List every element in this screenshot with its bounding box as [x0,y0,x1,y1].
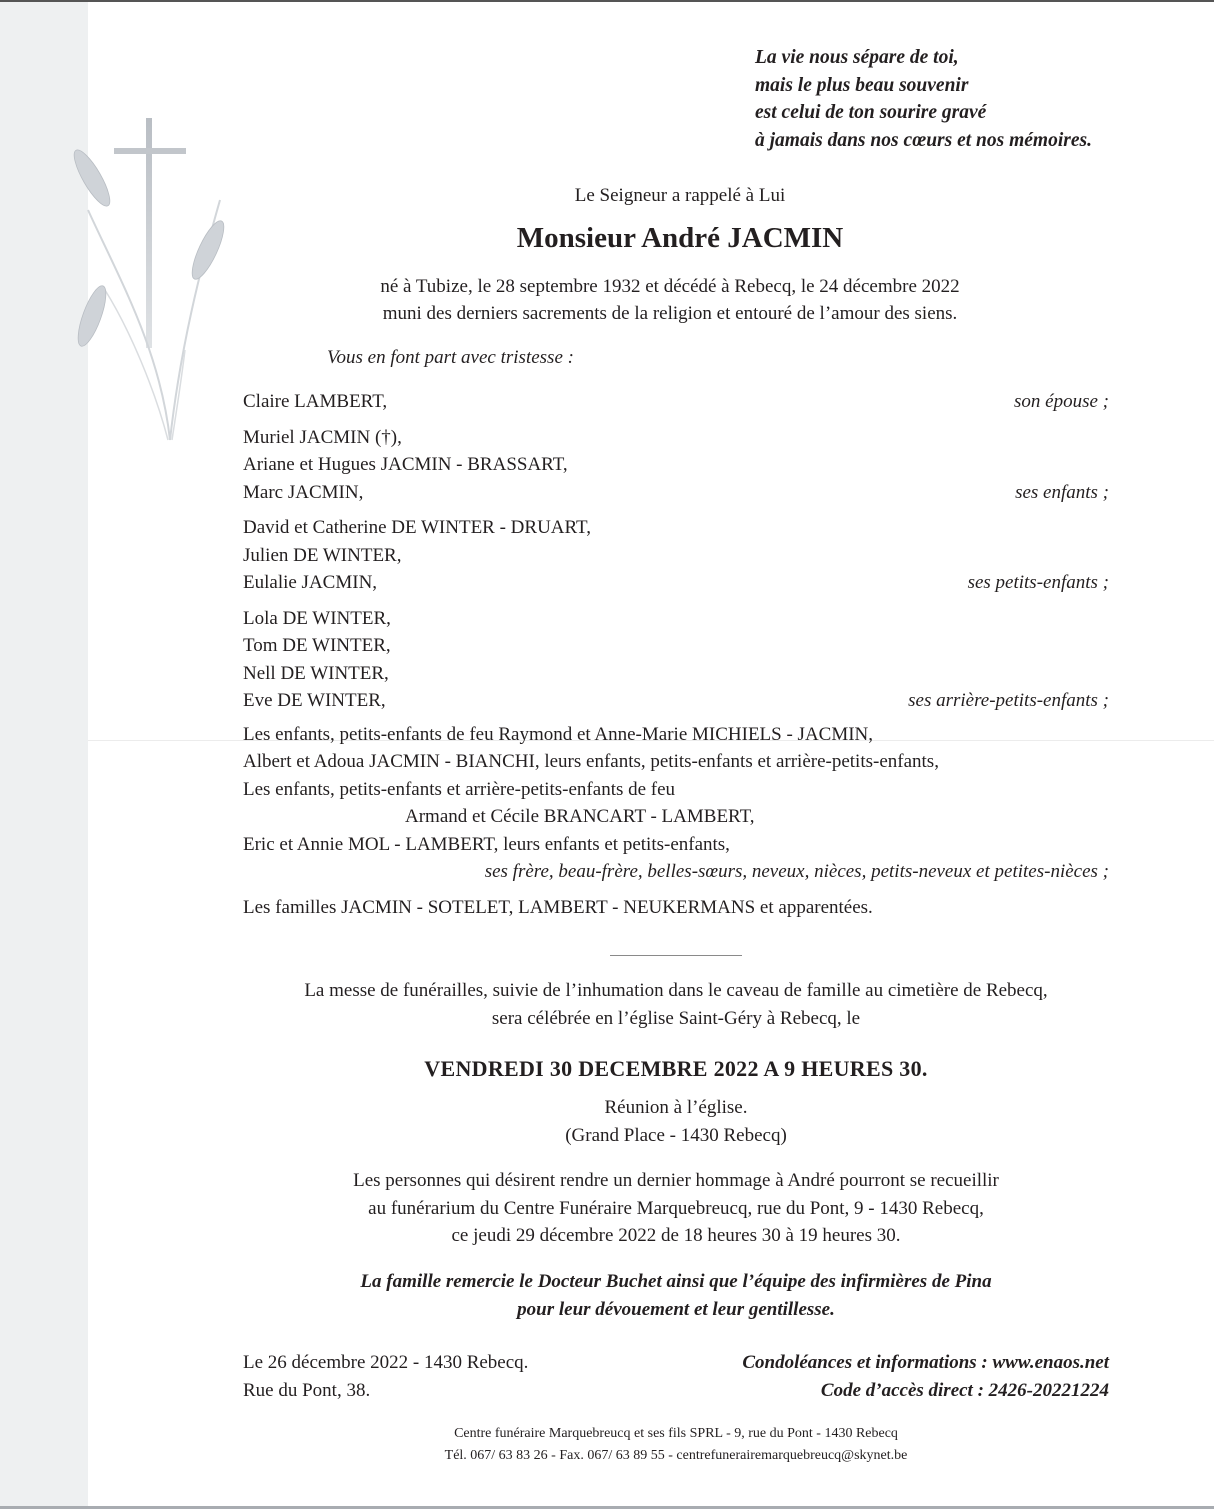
visit-line: ce jeudi 29 décembre 2022 de 18 heures 3… [170,1222,1182,1250]
thanks-text: La famille remercie le Docteur Buchet ai… [170,1268,1182,1323]
meeting-address: (Grand Place - 1430 Rebecq) [170,1122,1182,1150]
poem: La vie nous sépare de toi, mais le plus … [755,44,1092,154]
relation-label: ses arrière-petits-enfants ; [908,687,1109,715]
top-border [0,0,1214,2]
ceremony-line: sera célébrée en l’église Saint-Géry à R… [170,1005,1182,1033]
family-list: Claire LAMBERT, son épouse ; Muriel JACM… [243,388,1109,929]
relation-label: son épouse ; [1014,388,1109,416]
family-name: Muriel JACMIN (†), [243,424,1109,452]
visit-line: Les personnes qui désirent rendre un der… [170,1167,1182,1195]
poem-line: La vie nous sépare de toi, [755,44,1092,72]
access-code: Code d’accès direct : 2426-20221224 [742,1377,1109,1405]
poem-line: est celui de ton sourire gravé [755,99,1092,127]
family-name: Les enfants, petits-enfants et arrière-p… [243,776,1109,804]
family-group-families: Les familles JACMIN - SOTELET, LAMBERT -… [243,894,1109,922]
family-name: Nell DE WINTER, [243,660,1109,688]
meeting-line: Réunion à l’église. [170,1094,1182,1122]
section-divider [610,955,742,956]
footer-address: Le 26 décembre 2022 - 1430 Rebecq. Rue d… [243,1349,528,1404]
visit-line: au funérarium du Centre Funéraire Marque… [170,1195,1182,1223]
birth-death-line: né à Tubize, le 28 septembre 1932 et déc… [170,273,1170,300]
poem-line: mais le plus beau souvenir [755,72,1092,100]
family-name: Albert et Adoua JACMIN - BIANCHI, leurs … [243,748,1109,776]
intro-text: Le Seigneur a rappelé à Lui [170,185,1190,207]
dates-text: né à Tubize, le 28 septembre 1932 et déc… [170,273,1170,327]
family-group-extended: Les enfants, petits-enfants de feu Raymo… [243,721,1109,886]
family-name: Les familles JACMIN - SOTELET, LAMBERT -… [243,894,1109,922]
family-name: Julien DE WINTER, [243,542,1109,570]
ceremony-text: La messe de funérailles, suivie de l’inh… [170,977,1182,1032]
family-group-grandchildren: David et Catherine DE WINTER - DRUART, J… [243,514,1109,597]
thanks-line: La famille remercie le Docteur Buchet ai… [170,1268,1182,1296]
family-group-great-grandchildren: Lola DE WINTER, Tom DE WINTER, Nell DE W… [243,605,1109,715]
imprint-line: Centre funéraire Marquebreucq et ses fil… [170,1423,1182,1445]
relation-label: ses enfants ; [1015,479,1109,507]
family-name: Eric et Annie MOL - LAMBERT, leurs enfan… [243,831,1109,859]
family-name: Marc JACMIN, [243,479,1109,507]
relation-label: ses petits-enfants ; [968,569,1109,597]
poem-line: à jamais dans nos cœurs et nos mémoires. [755,127,1092,155]
footer-date-line: Le 26 décembre 2022 - 1430 Rebecq. [243,1349,528,1377]
family-name: Armand et Cécile BRANCART - LAMBERT, [243,803,1109,831]
cross-with-wheat-icon [30,90,230,450]
family-name: Les enfants, petits-enfants de feu Raymo… [243,721,1109,749]
ceremony-date: VENDREDI 30 DECEMBRE 2022 A 9 HEURES 30. [170,1055,1182,1083]
visit-info: Les personnes qui désirent rendre un der… [170,1167,1182,1250]
footer-street-line: Rue du Pont, 38. [243,1377,528,1405]
family-name: Tom DE WINTER, [243,632,1109,660]
family-name: David et Catherine DE WINTER - DRUART, [243,514,1109,542]
announcement: Vous en font part avec tristesse : [327,347,574,369]
family-name: Lola DE WINTER, [243,605,1109,633]
thanks-line: pour leur dévouement et leur gentillesse… [170,1296,1182,1324]
ceremony-line: La messe de funérailles, suivie de l’inh… [170,977,1182,1005]
family-group-spouse: Claire LAMBERT, son épouse ; [243,388,1109,416]
imprint-contact: Tél. 067/ 63 83 26 - Fax. 067/ 63 89 55 … [170,1445,1182,1467]
family-name: Ariane et Hugues JACMIN - BRASSART, [243,451,1109,479]
relation-label: ses frère, beau-frère, belles-sœurs, nev… [243,858,1109,886]
condolences-link[interactable]: Condoléances et informations : www.enaos… [742,1349,1109,1377]
family-name: Claire LAMBERT, [243,388,1109,416]
footer-condolences: Condoléances et informations : www.enaos… [742,1349,1109,1404]
meeting-info: Réunion à l’église. (Grand Place - 1430 … [170,1094,1182,1149]
sacraments-line: muni des derniers sacrements de la relig… [170,300,1170,327]
funeral-home-imprint: Centre funéraire Marquebreucq et ses fil… [170,1423,1182,1467]
family-group-children: Muriel JACMIN (†), Ariane et Hugues JACM… [243,424,1109,507]
deceased-name: Monsieur André JACMIN [170,222,1190,255]
